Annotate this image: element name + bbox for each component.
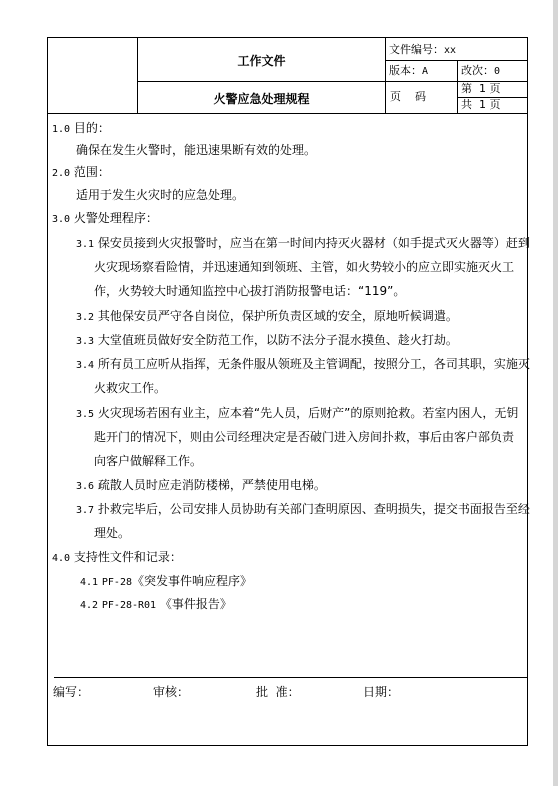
section-heading: 1.0 目的： bbox=[52, 120, 110, 138]
version: 版本：A bbox=[389, 64, 428, 79]
doc-type: 工作文件 bbox=[138, 52, 385, 69]
section-heading: 4.0 支持性文件和记录： bbox=[52, 549, 182, 567]
approver-label: 批 准： bbox=[256, 683, 300, 700]
procedure-item: 3.6 疏散人员时应走消防楼梯，严禁使用电梯。 bbox=[76, 477, 326, 495]
record-item: 4.1 PF-28《突发事件响应程序》 bbox=[80, 573, 252, 591]
procedure-item: 3.2 其他保安员严守各自岗位，保护所负责区域的安全，原地听候调遣。 bbox=[76, 308, 458, 326]
page-label: 页 码 bbox=[390, 90, 426, 104]
version-label: 版本： bbox=[389, 64, 422, 77]
doc-number: 文件编号：xx bbox=[389, 43, 456, 58]
section-text: 确保在发生火警时，能迅速果断有效的处理。 bbox=[76, 142, 316, 158]
section-heading: 2.0 范围： bbox=[52, 164, 110, 182]
page-total: 共 1 页 bbox=[461, 98, 501, 112]
header-divider bbox=[385, 38, 386, 113]
doc-number-label: 文件编号： bbox=[389, 43, 444, 56]
procedure-item: 3.7 扑救完毕后，公司安排人员协助有关部门查明原因、查明损失，提交书面报告至经 bbox=[76, 501, 530, 519]
doc-title: 火警应急处理规程 bbox=[138, 90, 385, 107]
procedure-item: 3.1 保安员接到火灾报警时，应当在第一时间内持灭火器材（如手提式灭火器等）赶到 bbox=[76, 235, 530, 253]
revision-value: 0 bbox=[494, 66, 500, 77]
vertical-scrollbar[interactable] bbox=[553, 0, 558, 786]
doc-number-value: xx bbox=[444, 45, 456, 56]
header-divider bbox=[48, 113, 527, 114]
document-page: 工作文件 火警应急处理规程 文件编号：xx 版本：A 改次：0 页 码 第 1 … bbox=[47, 37, 528, 746]
reviewer-label: 审核： bbox=[153, 683, 189, 700]
header-divider bbox=[385, 60, 527, 61]
procedure-continuation: 向客户做解释工作。 bbox=[94, 453, 202, 469]
procedure-continuation: 作，火势较大时通知监控中心拔打消防报警电话：“119”。 bbox=[94, 283, 405, 299]
header-divider bbox=[457, 60, 458, 113]
version-value: A bbox=[422, 66, 428, 77]
page-current: 第 1 页 bbox=[461, 82, 501, 96]
procedure-continuation: 火救灾工作。 bbox=[94, 380, 166, 396]
procedure-continuation: 火灾现场察看险情，并迅速通知到领班、主管，如火势较小的应立即实施灭火工 bbox=[94, 259, 514, 275]
section-text: 适用于发生火灾时的应急处理。 bbox=[76, 187, 244, 203]
section-heading: 3.0 火警处理程序： bbox=[52, 210, 158, 228]
procedure-continuation: 匙开门的情况下，则由公司经理决定是否破门进入房间扑救，事后由客户部负责 bbox=[94, 429, 514, 445]
procedure-item: 3.5 火灾现场若困有业主，应本着“先人员，后财产”的原则抢救。若室内困人，无钥 bbox=[76, 405, 518, 423]
record-item: 4.2 PF-28-R01 《事件报告》 bbox=[80, 596, 232, 614]
procedure-item: 3.3 大堂值班员做好安全防范工作，以防不法分子混水摸鱼、趁火打劫。 bbox=[76, 332, 458, 350]
author-label: 编写： bbox=[53, 683, 89, 700]
revision: 改次：0 bbox=[461, 64, 500, 79]
footer-divider bbox=[54, 677, 527, 678]
procedure-item: 3.4 所有员工应听从指挥，无条件服从领班及主管调配，按照分工，各司其职，实施灭 bbox=[76, 356, 530, 374]
revision-label: 改次： bbox=[461, 64, 494, 77]
date-label: 日期： bbox=[363, 683, 399, 700]
procedure-continuation: 理处。 bbox=[94, 525, 130, 541]
